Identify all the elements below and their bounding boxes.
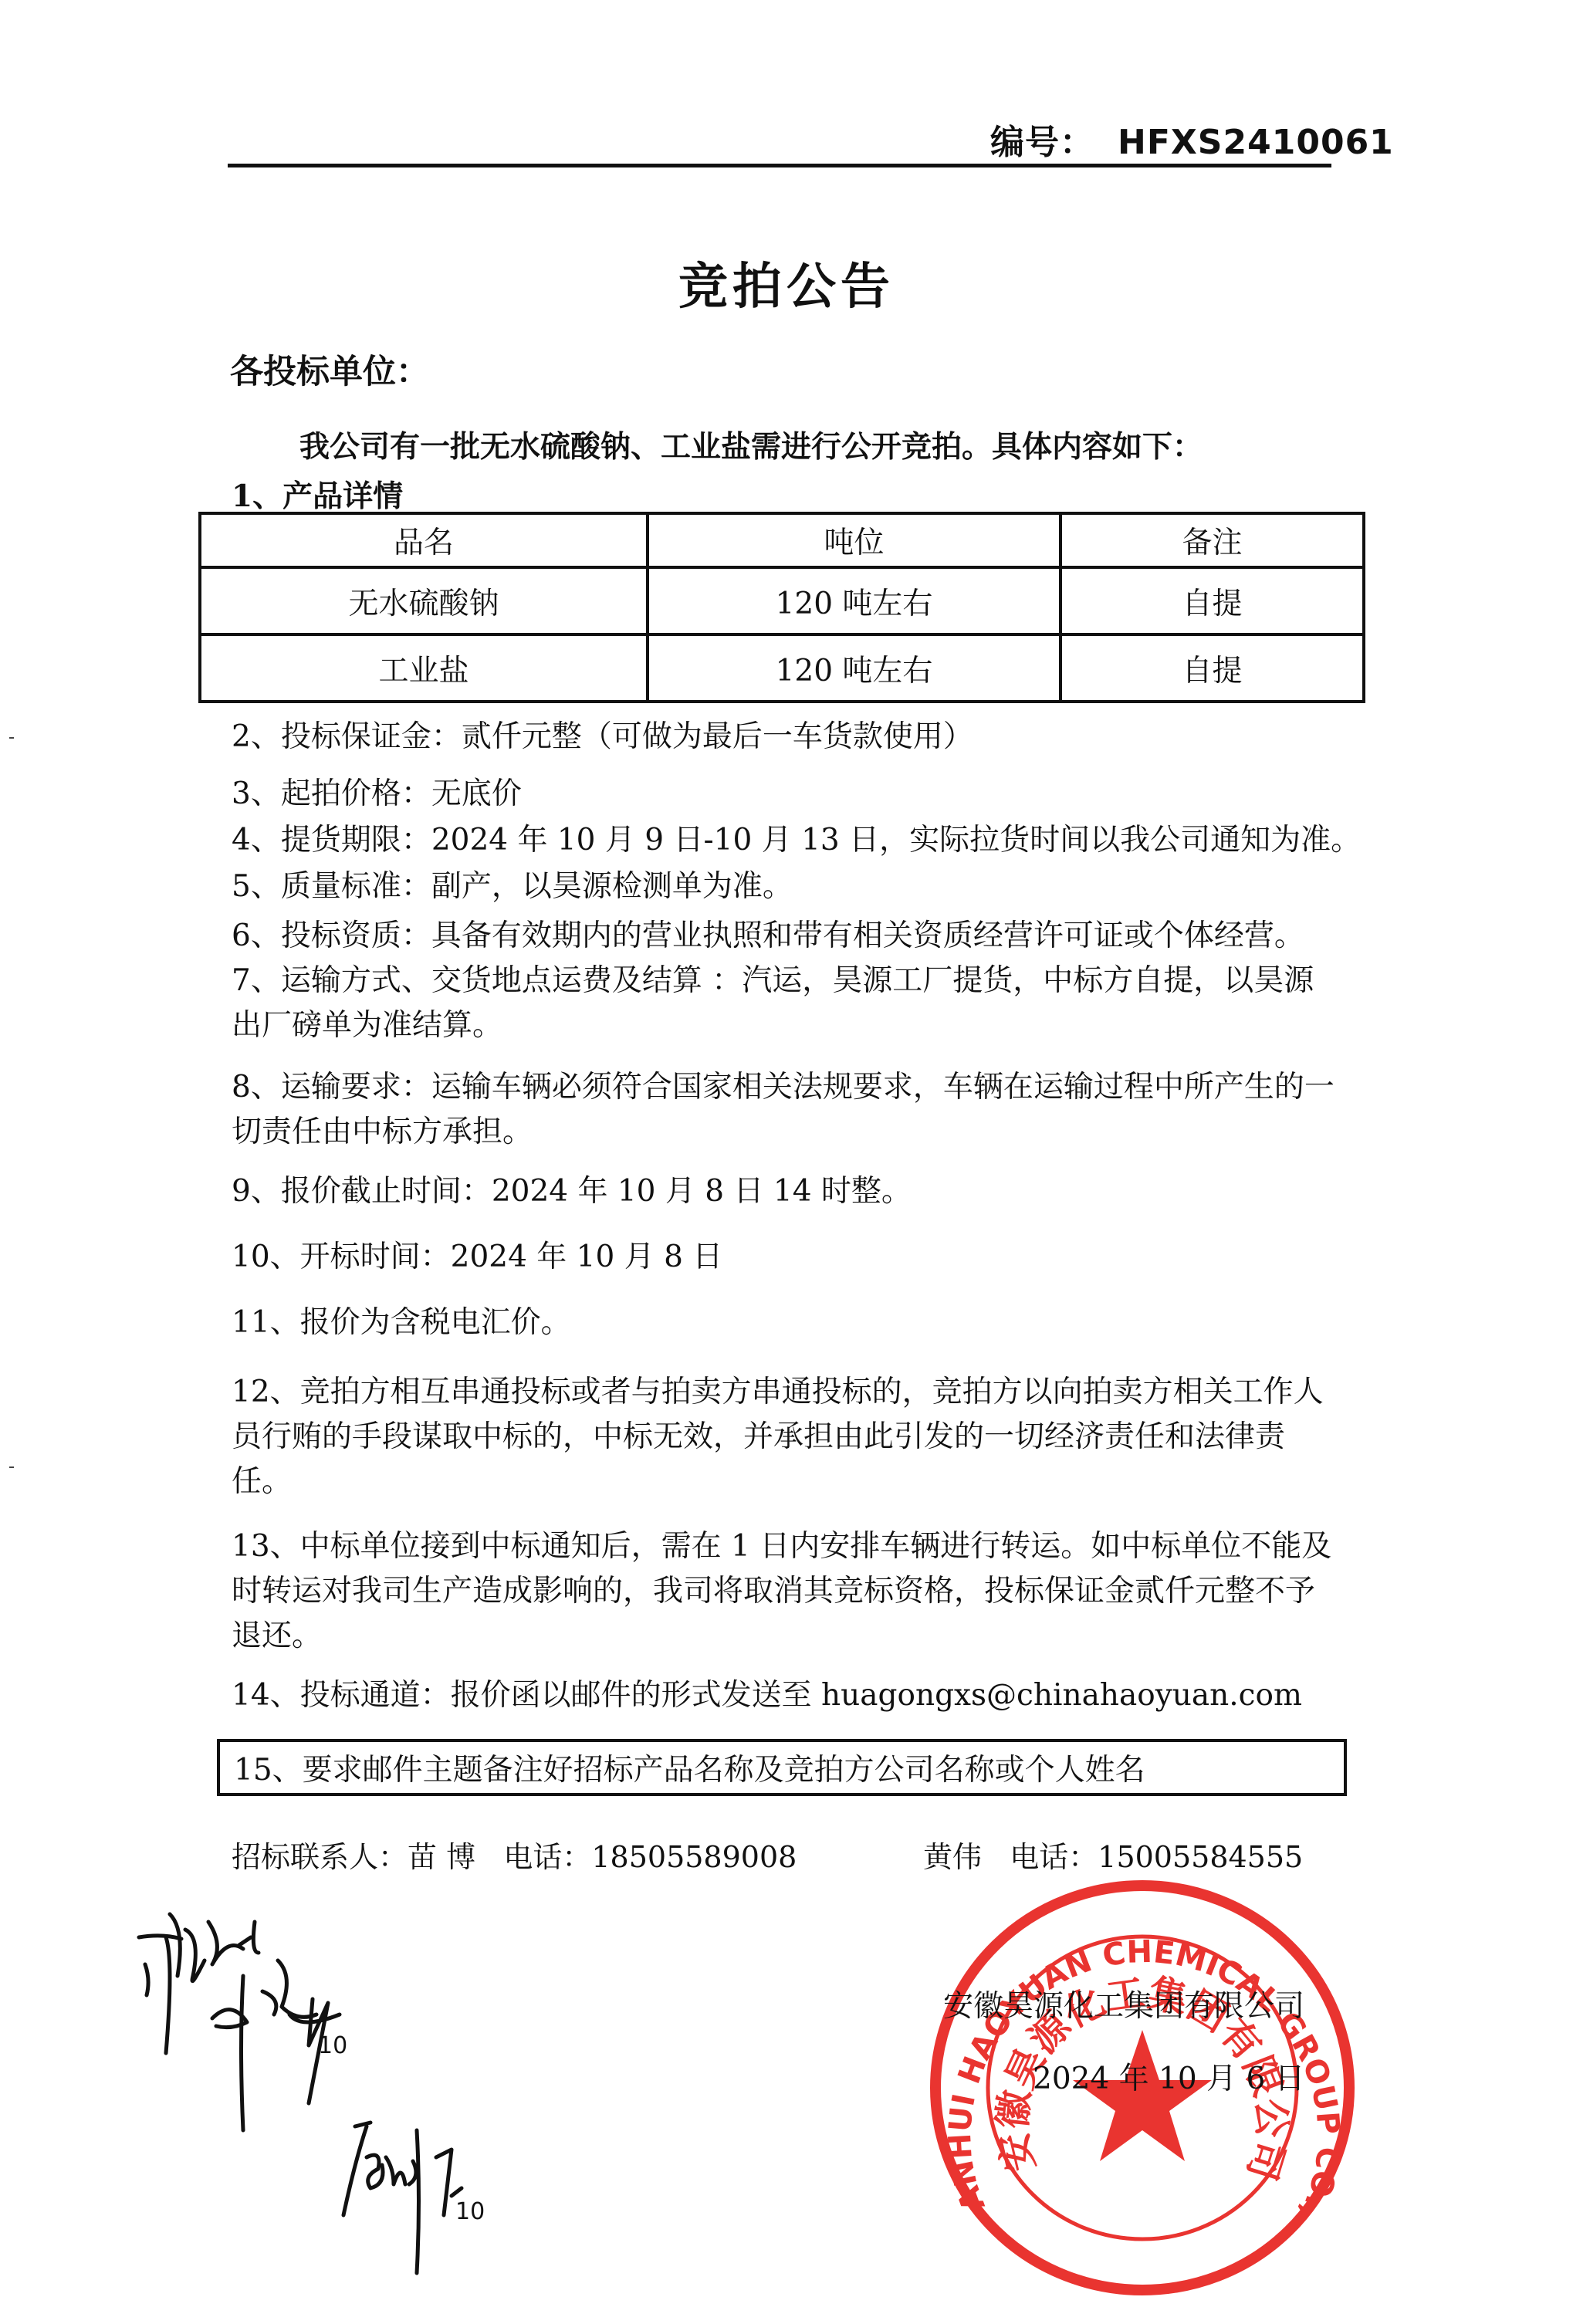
- handwritten-signatures: 10 10: [116, 1891, 733, 2277]
- intro-paragraph: 我公司有一批无水硫酸钠、工业盐需进行公开竞拍。具体内容如下：: [299, 423, 1203, 466]
- table-row: 无水硫酸钠 120 吨左右 自提: [200, 567, 1364, 634]
- table-row: 工业盐 120 吨左右 自提: [200, 634, 1364, 702]
- item-bid-qualification: 6、投标资质：具备有效期内的营业执照和带有相关资质经营许可证或个体经营。: [232, 914, 1304, 959]
- document-number-label: 编号：: [990, 123, 1094, 162]
- item-quote-deadline: 9、报价截止时间：2024 年 10 月 8 日 14 时整。: [232, 1169, 912, 1214]
- column-header-product-name: 品名: [200, 513, 648, 567]
- item-bid-opening-time: 10、开标时间：2024 年 10 月 8 日: [232, 1235, 722, 1280]
- cell-product-name: 工业盐: [200, 634, 648, 702]
- product-table: 品名 吨位 备注 无水硫酸钠 120 吨左右 自提 工业盐 120 吨左右 自提: [198, 512, 1365, 703]
- item-quality-standard: 5、质量标准：副产，以昊源检测单为准。: [232, 864, 793, 909]
- item-email-subject-requirement: 15、要求邮件主题备注好招标产品名称及竞拍方公司名称或个人姓名: [217, 1739, 1347, 1796]
- contact-person-1: 招标联系人：苗 博 电话：18505589008: [232, 1833, 797, 1876]
- item-transport-requirements: 8、运输要求：运输车辆必须符合国家相关法规要求，车辆在运输过程中所产生的一切责任…: [232, 1065, 1343, 1155]
- page-title: 竞拍公告: [0, 247, 1573, 318]
- cell-remarks: 自提: [1061, 567, 1364, 634]
- cell-tonnage: 120 吨左右: [648, 567, 1061, 634]
- item-transport-settlement: 7、运输方式、交货地点运费及结算 ：汽运，昊源工厂提货，中标方自提，以昊源出厂磅…: [232, 959, 1343, 1048]
- section-product-details-title: 1、产品详情: [232, 472, 403, 516]
- item-bid-deposit: 2、投标保证金：贰仟元整（可做为最后一车货款使用）: [232, 715, 973, 759]
- header-divider: [228, 164, 1331, 167]
- cell-product-name: 无水硫酸钠: [200, 567, 648, 634]
- salutation: 各投标单位：: [230, 346, 429, 393]
- document-number-value: HFXS2410061: [1118, 123, 1394, 162]
- annotation-date-1: 10: [318, 2032, 347, 2059]
- document-number: 编号：HFXS2410061: [990, 114, 1394, 164]
- contact-label: 招标联系人：: [232, 1840, 408, 1874]
- annotation-date-2: 10: [455, 2198, 485, 2225]
- contact-1-phone: 电话：18505589008: [503, 1840, 797, 1874]
- item-price-terms: 11、报价为含税电汇价。: [232, 1301, 571, 1345]
- item-bid-channel-email: 14、投标通道：报价函以邮件的形式发送至 huagongxs@chinahaoy…: [232, 1673, 1302, 1718]
- table-header-row: 品名 吨位 备注: [200, 513, 1364, 567]
- signature-3: [343, 2123, 462, 2273]
- item-collusion-clause: 12、竞拍方相互串通投标或者与拍卖方串通投标的，竞拍方以向拍卖方相关工作人员行贿…: [232, 1370, 1343, 1504]
- signing-date: 2024 年 10 月 6 日: [1033, 2055, 1305, 2098]
- item-starting-price: 3、起拍价格：无底价: [232, 772, 522, 817]
- item-pickup-period: 4、提货期限：2024 年 10 月 9 日-10 月 13 日，实际拉货时间以…: [232, 818, 1361, 863]
- cell-tonnage: 120 吨左右: [648, 634, 1061, 702]
- signing-company-name: 安徽昊源化工集团有限公司: [943, 1982, 1304, 2025]
- column-header-tonnage: 吨位: [648, 513, 1061, 567]
- margin-mark: [9, 1466, 14, 1468]
- contact-1-name: 苗 博: [408, 1840, 475, 1874]
- column-header-remarks: 备注: [1061, 513, 1364, 567]
- cell-remarks: 自提: [1061, 634, 1364, 702]
- item-winner-obligation: 13、中标单位接到中标通知后，需在 1 日内安排车辆进行转运。如中标单位不能及时…: [232, 1524, 1343, 1659]
- margin-mark: [9, 737, 14, 739]
